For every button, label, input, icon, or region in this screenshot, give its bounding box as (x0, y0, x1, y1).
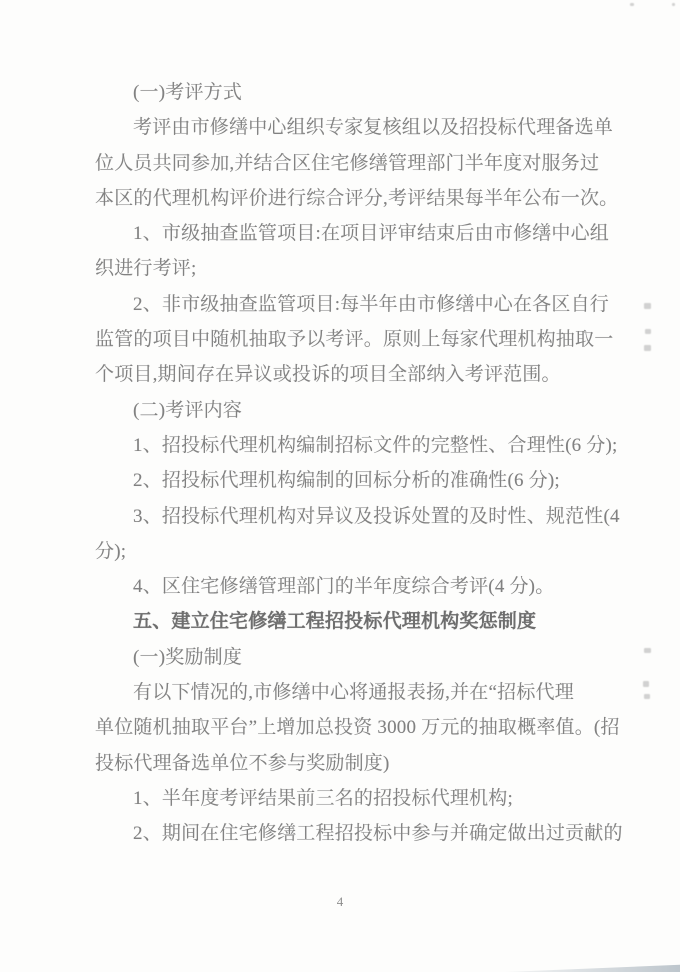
scan-artifact (672, 3, 675, 6)
heading-chapter-five: 五、建立住宅修缮工程招投标代理机构奖惩制度 (95, 604, 615, 639)
subheading-reward-system: (一)奖励制度 (95, 640, 615, 675)
text-line: 个项目,期间存在异议或投诉的项目全部纳入考评范围。 (95, 357, 615, 392)
subheading-evaluation-method: (一)考评方式 (95, 75, 615, 110)
list-item-3: 3、招投标代理机构对异议及投诉处置的及时性、规范性(4 (95, 499, 615, 534)
text-line: 单位随机抽取平台”上增加总投资 3000 万元的抽取概率值。(招 (95, 710, 615, 745)
text-line: 分); (95, 534, 615, 569)
text-line: 织进行考评; (95, 251, 615, 286)
scan-artifact (644, 345, 651, 351)
scan-artifact (645, 329, 651, 334)
text-line: 本区的代理机构评价进行综合评分,考评结果每半年公布一次。 (95, 181, 615, 216)
list-item-city-level: 1、市级抽查监管项目:在项目评审结束后由市修缮中心组 (95, 216, 615, 251)
reward-list-item-2: 2、期间在住宅修缮工程招投标中参与并确定做出过贡献的 (95, 816, 615, 851)
page-number: 4 (0, 894, 680, 910)
list-item-4: 4、区住宅修缮管理部门的半年度综合考评(4 分)。 (95, 569, 615, 604)
scan-edge-shadow (505, 964, 680, 972)
reward-list-item-1: 1、半年度考评结果前三名的招投标代理机构; (95, 781, 615, 816)
scan-artifact (630, 3, 634, 6)
scan-artifact (643, 681, 649, 687)
document-text-block: (一)考评方式 考评由市修缮中心组织专家复核组以及招投标代理备选单 位人员共同参… (95, 75, 615, 852)
scan-artifact (644, 694, 650, 699)
text-line: 位人员共同参加,并结合区住宅修缮管理部门半年度对服务过 (95, 146, 615, 181)
list-item-1: 1、招投标代理机构编制招标文件的完整性、合理性(6 分); (95, 428, 615, 463)
list-item-2: 2、招投标代理机构编制的回标分析的准确性(6 分); (95, 463, 615, 498)
text-line: 监管的项目中随机抽取予以考评。原则上每家代理机构抽取一 (95, 322, 615, 357)
text-line: 考评由市修缮中心组织专家复核组以及招投标代理备选单 (95, 110, 615, 145)
scan-artifact (644, 303, 651, 309)
text-line: 投标代理备选单位不参与奖励制度) (95, 746, 615, 781)
scan-artifact (644, 648, 651, 653)
list-item-non-city-level: 2、非市级抽查监管项目:每半年由市修缮中心在各区自行 (95, 287, 615, 322)
text-line: 有以下情况的,市修缮中心将通报表扬,并在“招标代理 (95, 675, 615, 710)
subheading-evaluation-content: (二)考评内容 (95, 393, 615, 428)
